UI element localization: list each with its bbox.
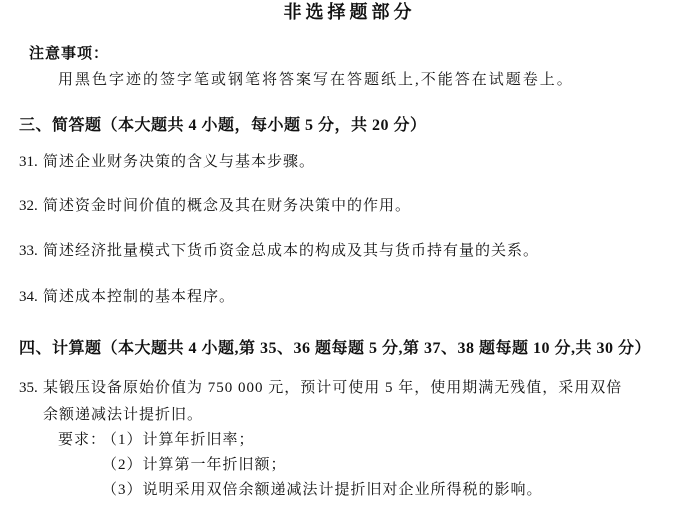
- notice-heading: 注意事项：: [29, 44, 109, 64]
- question-35: 35. 某锻压设备原始价值为 750 000 元，预计可使用 5 年，使用期满无…: [19, 378, 622, 398]
- question-35-requirement-2: （2）计算第一年折旧额；: [102, 455, 287, 475]
- question-32: 32. 简述资金时间价值的概念及其在财务决策中的作用。: [19, 196, 411, 216]
- notice-body: 用黑色字迹的签字笔或钢笔将答案写在答题纸上,不能答在试题卷上。: [58, 70, 574, 90]
- question-32-number: 32.: [19, 196, 43, 216]
- question-31: 31. 简述企业财务决策的含义与基本步骤。: [19, 152, 315, 172]
- question-34-text: 简述成本控制的基本程序。: [43, 287, 235, 307]
- question-31-text: 简述企业财务决策的含义与基本步骤。: [43, 152, 315, 172]
- question-35-number: 35.: [19, 378, 43, 398]
- question-35-requirement-1: （1）计算年折旧率；: [102, 430, 255, 450]
- question-35-text-line2: 余额递减法计提折旧。: [43, 405, 203, 425]
- page-title: 非选择题部分: [0, 2, 679, 22]
- question-34: 34. 简述成本控制的基本程序。: [19, 287, 235, 307]
- question-33: 33. 简述经济批量模式下货币资金总成本的构成及其与货币持有量的关系。: [19, 241, 539, 261]
- question-32-text: 简述资金时间价值的概念及其在财务决策中的作用。: [43, 196, 411, 216]
- question-33-text: 简述经济批量模式下货币资金总成本的构成及其与货币持有量的关系。: [43, 241, 539, 261]
- question-35-requirement-3: （3）说明采用双倍余额递减法计提折旧对企业所得税的影响。: [102, 480, 543, 500]
- question-31-number: 31.: [19, 152, 43, 172]
- question-33-number: 33.: [19, 241, 43, 261]
- question-35-text-line1: 某锻压设备原始价值为 750 000 元，预计可使用 5 年，使用期满无残值，采…: [43, 378, 622, 398]
- question-35-requirements-label: 要求：: [58, 430, 106, 450]
- question-34-number: 34.: [19, 287, 43, 307]
- section3-heading: 三、简答题（本大题共 4 小题，每小题 5 分，共 20 分）: [19, 116, 427, 136]
- exam-paper-page: 非选择题部分 注意事项： 用黑色字迹的签字笔或钢笔将答案写在答题纸上,不能答在试…: [0, 0, 679, 512]
- section4-heading: 四、计算题（本大题共 4 小题,第 35、36 题每题 5 分,第 37、38 …: [19, 339, 651, 359]
